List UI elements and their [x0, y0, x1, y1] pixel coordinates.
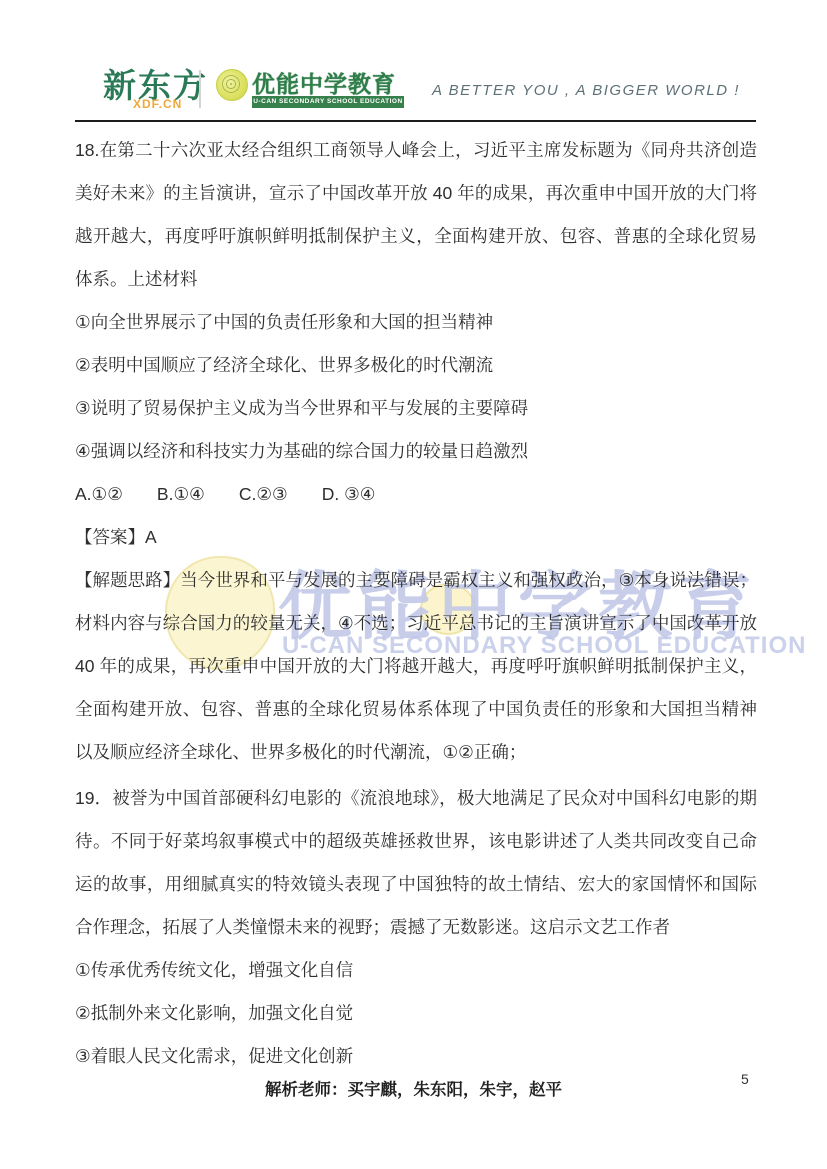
question-19-item-3: ③着眼人民文化需求，促进文化创新	[75, 1035, 757, 1078]
question-19-item-2: ②抵制外来文化影响，加强文化自觉	[75, 992, 757, 1035]
document-body: 18.在第二十六次亚太经合组织工商领导人峰会上，习近平主席发标题为《同舟共济创造…	[75, 129, 757, 1078]
question-18-item-3: ③说明了贸易保护主义成为当今世界和平与发展的主要障碍	[75, 387, 757, 430]
choice-c: C.②③	[239, 473, 288, 516]
page-number: 5	[741, 1071, 749, 1087]
question-18-choices: A.①② B.①④ C.②③ D. ③④	[75, 473, 757, 516]
choice-a: A.①②	[75, 473, 123, 516]
choice-b: B.①④	[157, 473, 205, 516]
footer-teachers: 解析老师：买宇麒，朱东阳，朱宇，赵平	[0, 1076, 827, 1100]
question-18-answer: 【答案】A	[75, 516, 757, 559]
question-18-item-1: ①向全世界展示了中国的负责任形象和大国的担当精神	[75, 301, 757, 344]
question-18-analysis: 【解题思路】当今世界和平与发展的主要障碍是霸权主义和强权政治，③本身说法错误；材…	[75, 559, 757, 774]
header: 新东方 XDF.CN 优能中学教育 U-CAN SECONDARY SCHOOL…	[0, 0, 827, 122]
ucan-logo: 优能中学教育	[252, 66, 396, 99]
logo-divider	[199, 70, 201, 108]
question-19-item-1: ①传承优秀传统文化，增强文化自信	[75, 949, 757, 992]
header-rule	[75, 120, 756, 122]
ucan-logo-subtitle: U-CAN SECONDARY SCHOOL EDUCATION	[252, 96, 404, 108]
exam-page: { "header": { "brand_primary": "新东方", "b…	[0, 0, 827, 1169]
question-19-stem: 19．被誉为中国首部硬科幻电影的《流浪地球》，极大地满足了民众对中国科幻电影的期…	[75, 777, 757, 949]
choice-d: D. ③④	[322, 473, 376, 516]
question-18-stem: 18.在第二十六次亚太经合组织工商领导人峰会上，习近平主席发标题为《同舟共济创造…	[75, 129, 757, 301]
question-18-item-2: ②表明中国顺应了经济全球化、世界多极化的时代潮流	[75, 344, 757, 387]
question-18-item-4: ④强调以经济和科技实力为基础的综合国力的较量日趋激烈	[75, 430, 757, 473]
xdf-logo-url: XDF.CN	[133, 97, 182, 111]
ucan-ball-icon	[216, 69, 248, 101]
header-tagline: A BETTER YOU , A BIGGER WORLD !	[432, 82, 740, 99]
